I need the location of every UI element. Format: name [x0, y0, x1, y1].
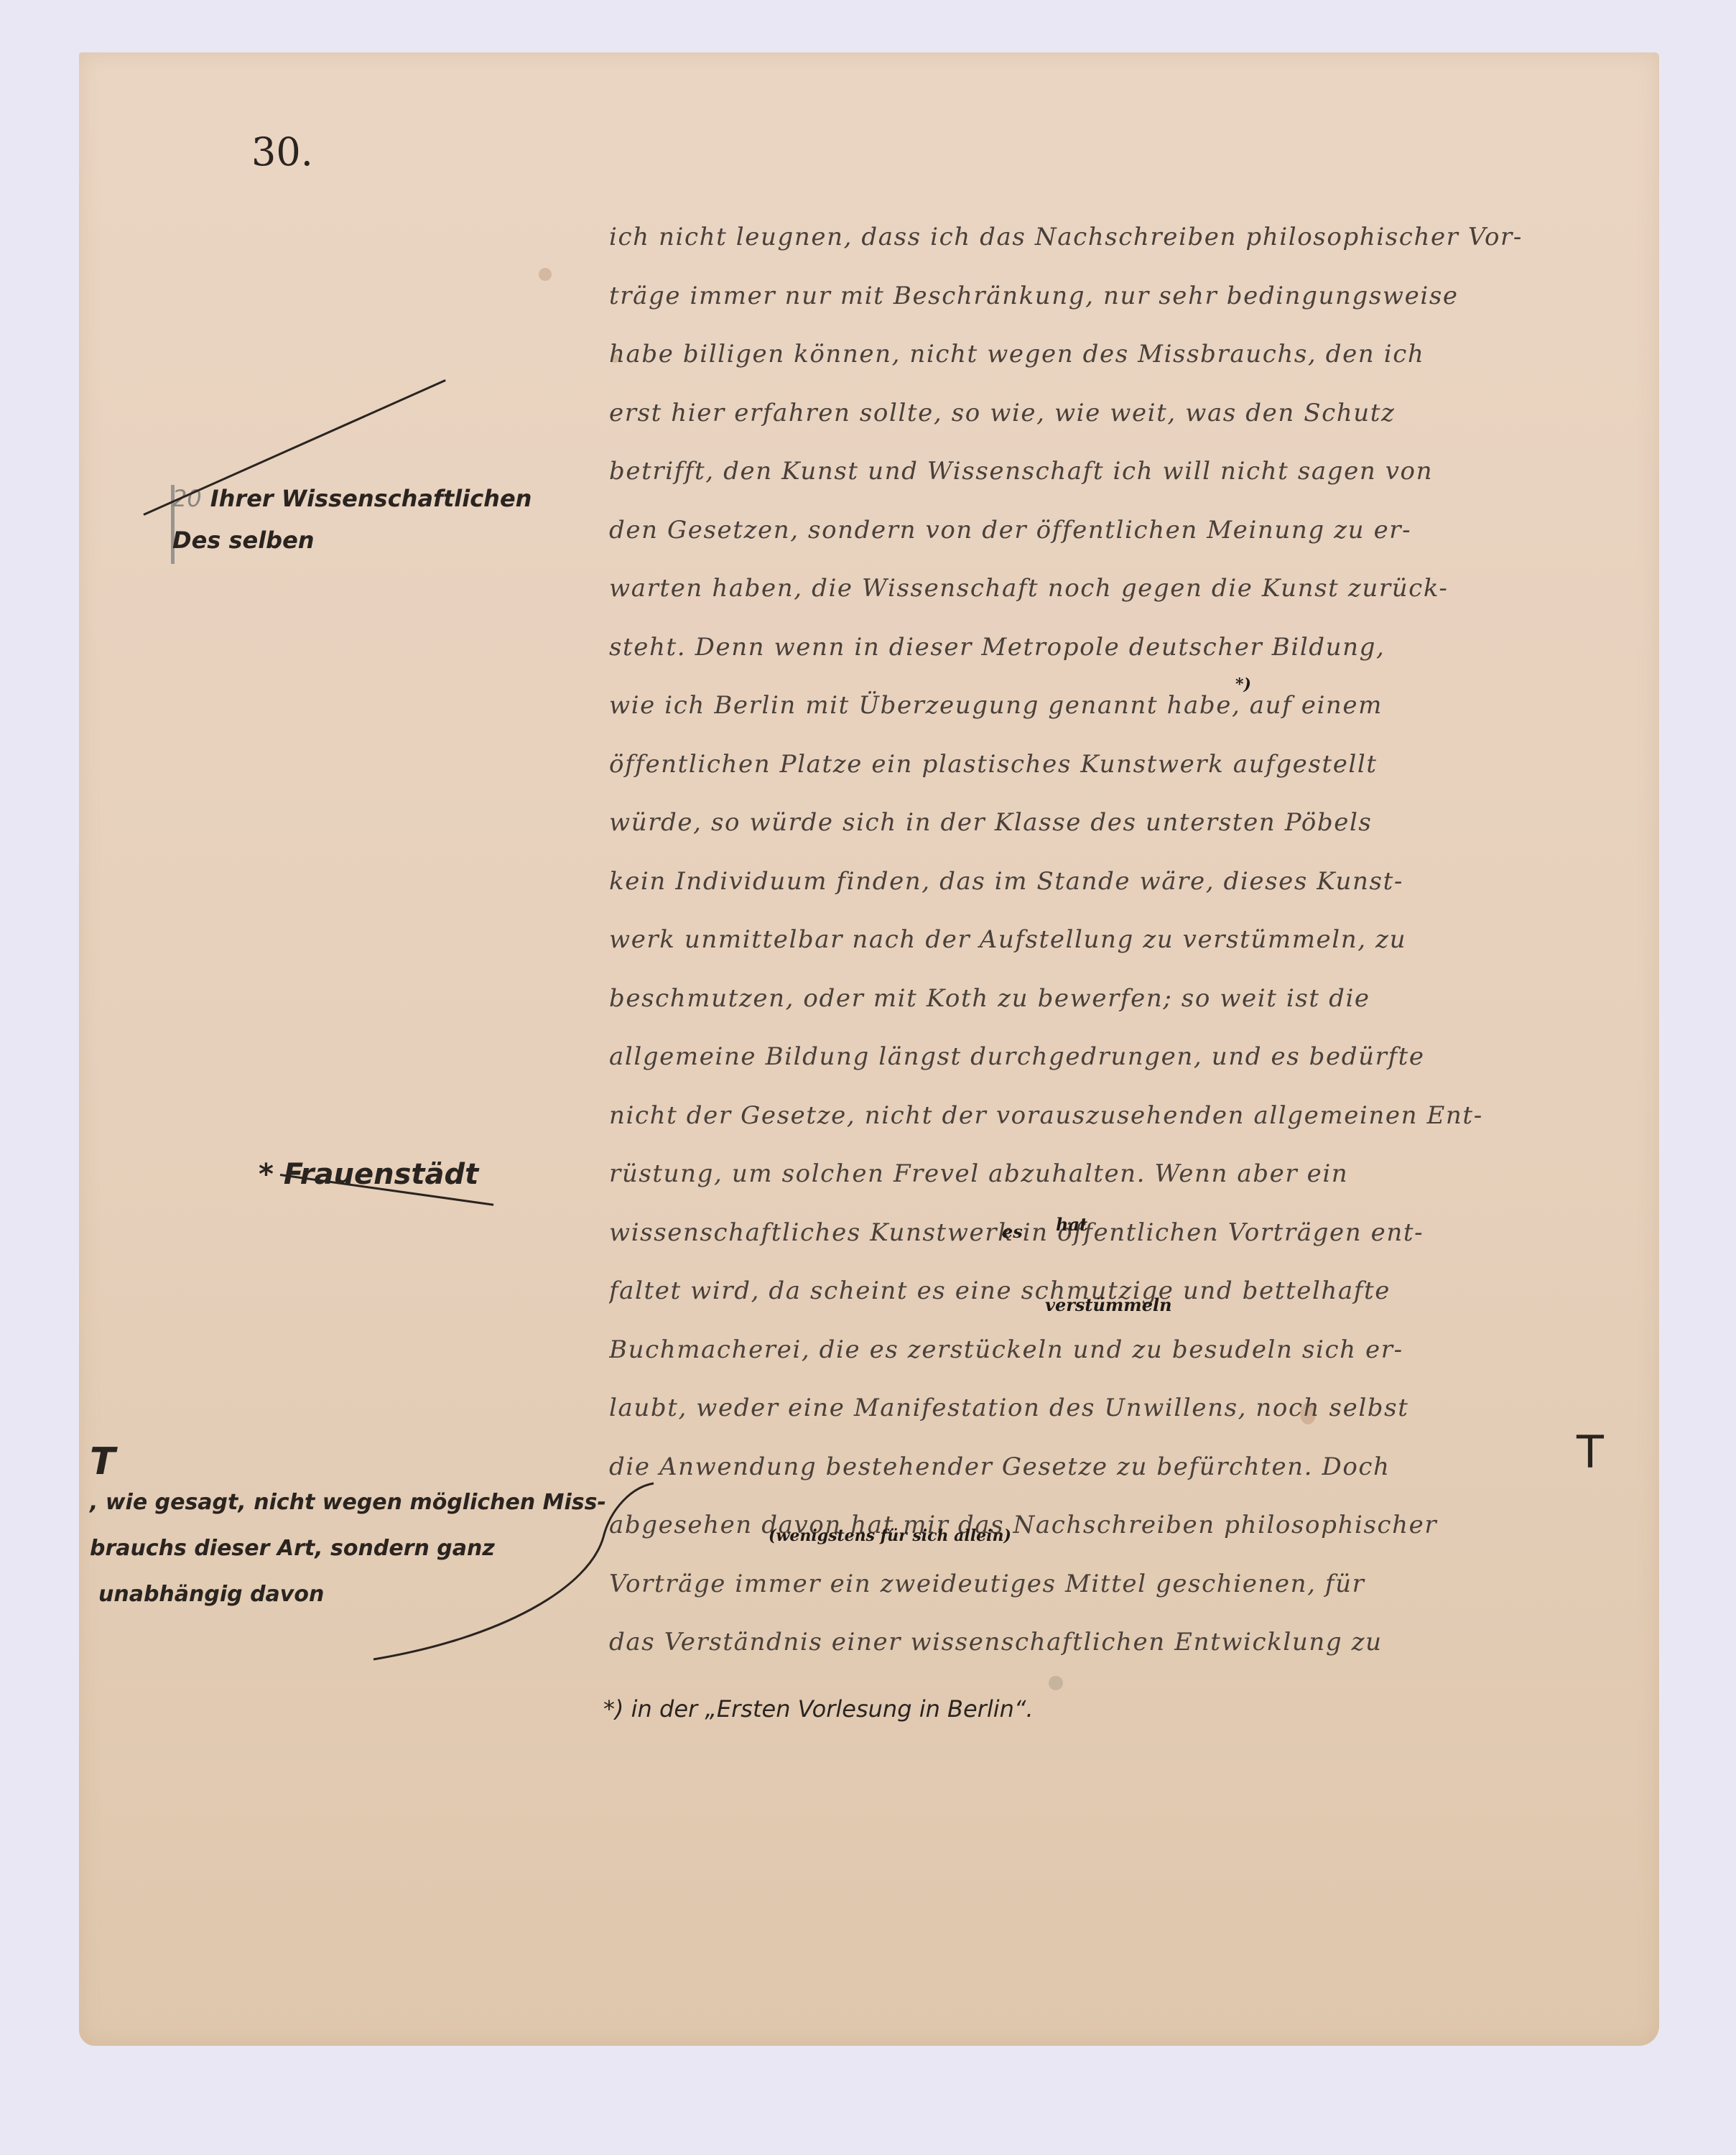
text-line: den Gesetzen, sondern von der öffentlich… — [609, 501, 1586, 560]
text-line: rüstung, um solchen Frevel abzuhalten. W… — [609, 1145, 1586, 1204]
insertion-verstuemmeln: verstümmeln — [1045, 1294, 1172, 1315]
text-line: Buchmacherei, die es zerstückeln und zu … — [609, 1321, 1586, 1380]
text-line: wie ich Berlin mit Überzeugung genannt h… — [609, 677, 1586, 736]
text-line: würde, so würde sich in der Klasse des u… — [609, 794, 1586, 853]
footnote-marker-superscript: *) — [1235, 675, 1251, 694]
text-line: steht. Denn wenn in dieser Metropole deu… — [609, 618, 1586, 677]
text-line: Vorträge immer ein zweideutiges Mittel g… — [609, 1555, 1586, 1614]
insertion-hat: hat — [1056, 1214, 1087, 1235]
text-line: nicht der Gesetze, nicht der vorauszuseh… — [609, 1087, 1586, 1146]
margin-note-frauenstaedt: * Frauenstädt — [259, 1158, 478, 1191]
footnote-marker: *) — [603, 1695, 623, 1723]
insertion-mark-t: T — [1577, 1426, 1604, 1478]
text-line: abgesehen davon hat mir das Nachschreibe… — [609, 1496, 1586, 1555]
text-line: ich nicht leugnen, dass ich das Nachschr… — [609, 208, 1586, 267]
text-line: kein Individuum finden, das im Stande wä… — [609, 853, 1586, 912]
insertion-mark-t: T — [90, 1444, 643, 1480]
footnote: *) in der „Ersten Vorlesung in Berlin“. — [603, 1695, 1034, 1723]
text-line: beschmutzen, oder mit Koth zu bewerfen; … — [609, 970, 1586, 1029]
text-line: das Verständnis einer wissenschaftlichen… — [609, 1613, 1586, 1672]
margin-note-crossed-out: 20Ihrer Wissenschaftlichen Des selben — [172, 478, 532, 561]
text-line: die Anwendung bestehender Gesetze zu bef… — [609, 1438, 1586, 1497]
text-line: habe billigen können, nicht wegen des Mi… — [609, 325, 1586, 384]
text-line: warten haben, die Wissenschaft noch gege… — [609, 560, 1586, 618]
ink-stain — [1049, 1676, 1063, 1690]
text-line: träge immer nur mit Beschränkung, nur se… — [609, 267, 1586, 326]
insertion-wenigstens: (wenigstens für sich allein) — [769, 1526, 1011, 1545]
text-line-content: wie ich Berlin mit Überzeugung genannt h… — [609, 691, 1383, 720]
footnote-text: in der „Ersten Vorlesung in Berlin“. — [631, 1695, 1034, 1723]
page-number: 30. — [251, 129, 313, 175]
insertion-es: es — [1002, 1221, 1023, 1242]
ink-stain — [539, 268, 552, 281]
margin-note-line-2: Des selben — [172, 519, 532, 561]
text-line: allgemeine Bildung längst durchgedrungen… — [609, 1028, 1586, 1087]
insertion-connector-line — [359, 1480, 661, 1667]
text-line: erst hier erfahren sollte, so wie, wie w… — [609, 384, 1586, 443]
text-line: betrifft, den Kunst und Wissenschaft ich… — [609, 442, 1586, 501]
margin-note-line-1: Ihrer Wissenschaftlichen — [210, 485, 532, 512]
text-line: laubt, weder eine Manifestation des Unwi… — [609, 1379, 1586, 1438]
text-line: werk unmittelbar nach der Aufstellung zu… — [609, 911, 1586, 970]
text-line: wissenschaftliches Kunstwerk in öffentli… — [609, 1204, 1586, 1263]
manuscript-body: ich nicht leugnen, dass ich das Nachschr… — [609, 208, 1586, 1672]
text-line: öffentlichen Platze ein plastisches Kuns… — [609, 736, 1586, 794]
